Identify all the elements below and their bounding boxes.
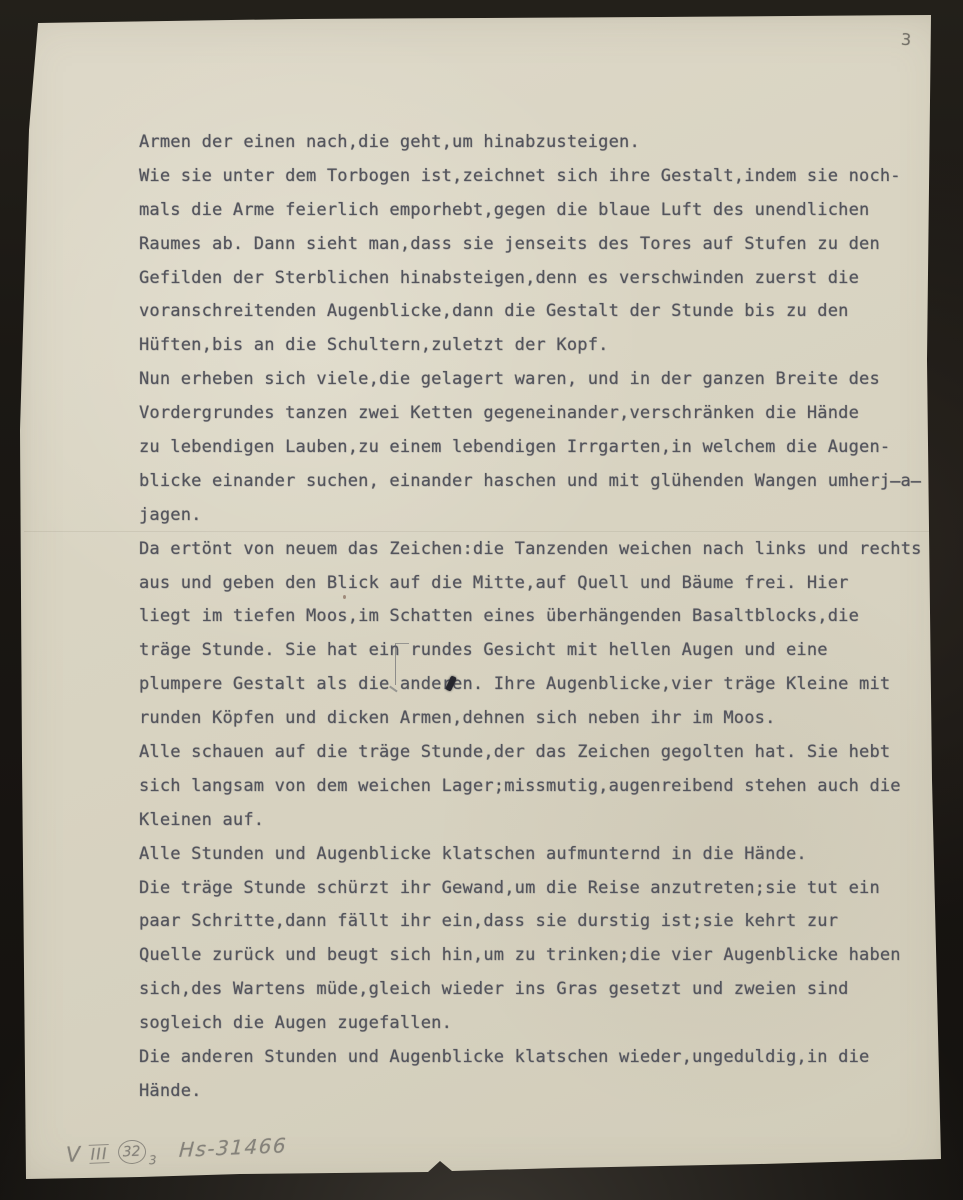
paper-speck [343, 595, 346, 599]
typescript-line: mals die Arme feierlich emporhebt,gegen … [139, 194, 939, 228]
typescript-line: liegt im tiefen Moos,im Schatten eines ü… [139, 600, 939, 634]
catalog-volume: V [66, 1142, 81, 1167]
typescript-line: sich langsam von dem weichen Lager;missm… [139, 770, 939, 804]
pencil-insertion-bracket-icon [395, 643, 409, 685]
typescript-line: plumpere Gestalt als die anderen. Ihre A… [139, 668, 939, 702]
typescript-line: Wie sie unter dem Torbogen ist,zeichnet … [139, 160, 939, 194]
typescript-line: Quelle zurück und beugt sich hin,um zu t… [139, 939, 939, 973]
typescript-line: sich,des Wartens müde,gleich wieder ins … [139, 973, 939, 1007]
catalog-subscript: 3 [149, 1153, 157, 1167]
typescript-line: paar Schritte,dann fällt ihr ein,dass si… [139, 905, 939, 939]
fold-crease [24, 531, 934, 533]
typescript-line: Hüften,bis an die Schultern,zuletzt der … [139, 329, 939, 363]
typescript-line: Die anderen Stunden und Augenblicke klat… [139, 1041, 939, 1075]
catalog-roman-numeral: III [89, 1143, 109, 1163]
typescript-line: runden Köpfen und dicken Armen,dehnen si… [139, 702, 939, 736]
typescript-line: Raumes ab. Dann sieht man,dass sie jense… [139, 228, 939, 262]
typescript-line: Alle Stunden und Augenblicke klatschen a… [139, 838, 939, 872]
typescript-line: aus und geben den Blick auf die Mitte,au… [139, 567, 939, 601]
catalog-annotation: V III 32 3 Hs-31466 [65, 1127, 288, 1173]
photograph-background: 3 Armen der einen nach,die geht,um hinab… [0, 0, 963, 1200]
typescript-line: blicke einander suchen, einander haschen… [139, 465, 939, 499]
typescript-text: Armen der einen nach,die geht,um hinabzu… [139, 126, 939, 1109]
typescript-line: sogleich die Augen zugefallen. [139, 1007, 939, 1041]
typescript-line: zu lebendigen Lauben,zu einem lebendigen… [139, 431, 939, 465]
typescript-line: Vordergrundes tanzen zwei Ketten gegenei… [139, 397, 939, 431]
catalog-signature: Hs-31466 [178, 1133, 288, 1162]
typescript-line: Gefilden der Sterblichen hinabsteigen,de… [139, 262, 939, 296]
typescript-line: Kleinen auf. [139, 804, 939, 838]
typescript-line: jagen. [139, 499, 939, 533]
catalog-circled-number: 32 [117, 1139, 146, 1164]
typescript-line: Die träge Stunde schürzt ihr Gewand,um d… [139, 872, 939, 906]
typescript-line: träge Stunde. Sie hat ein rundes Gesicht… [139, 634, 939, 668]
catalog-circled-number-value: 32 [122, 1144, 141, 1161]
typescript-line: voranschreitenden Augenblicke,dann die G… [139, 295, 939, 329]
typescript-line: Alle schauen auf die träge Stunde,der da… [139, 736, 939, 770]
typescript-line: Armen der einen nach,die geht,um hinabzu… [139, 126, 939, 160]
typescript-line: Nun erheben sich viele,die gelagert ware… [139, 363, 939, 397]
manuscript-page: 3 Armen der einen nach,die geht,um hinab… [0, 0, 963, 1200]
page-number: 3 [900, 30, 911, 50]
typescript-line: Da ertönt von neuem das Zeichen:die Tanz… [139, 533, 939, 567]
typescript-line: Hände. [139, 1075, 939, 1109]
